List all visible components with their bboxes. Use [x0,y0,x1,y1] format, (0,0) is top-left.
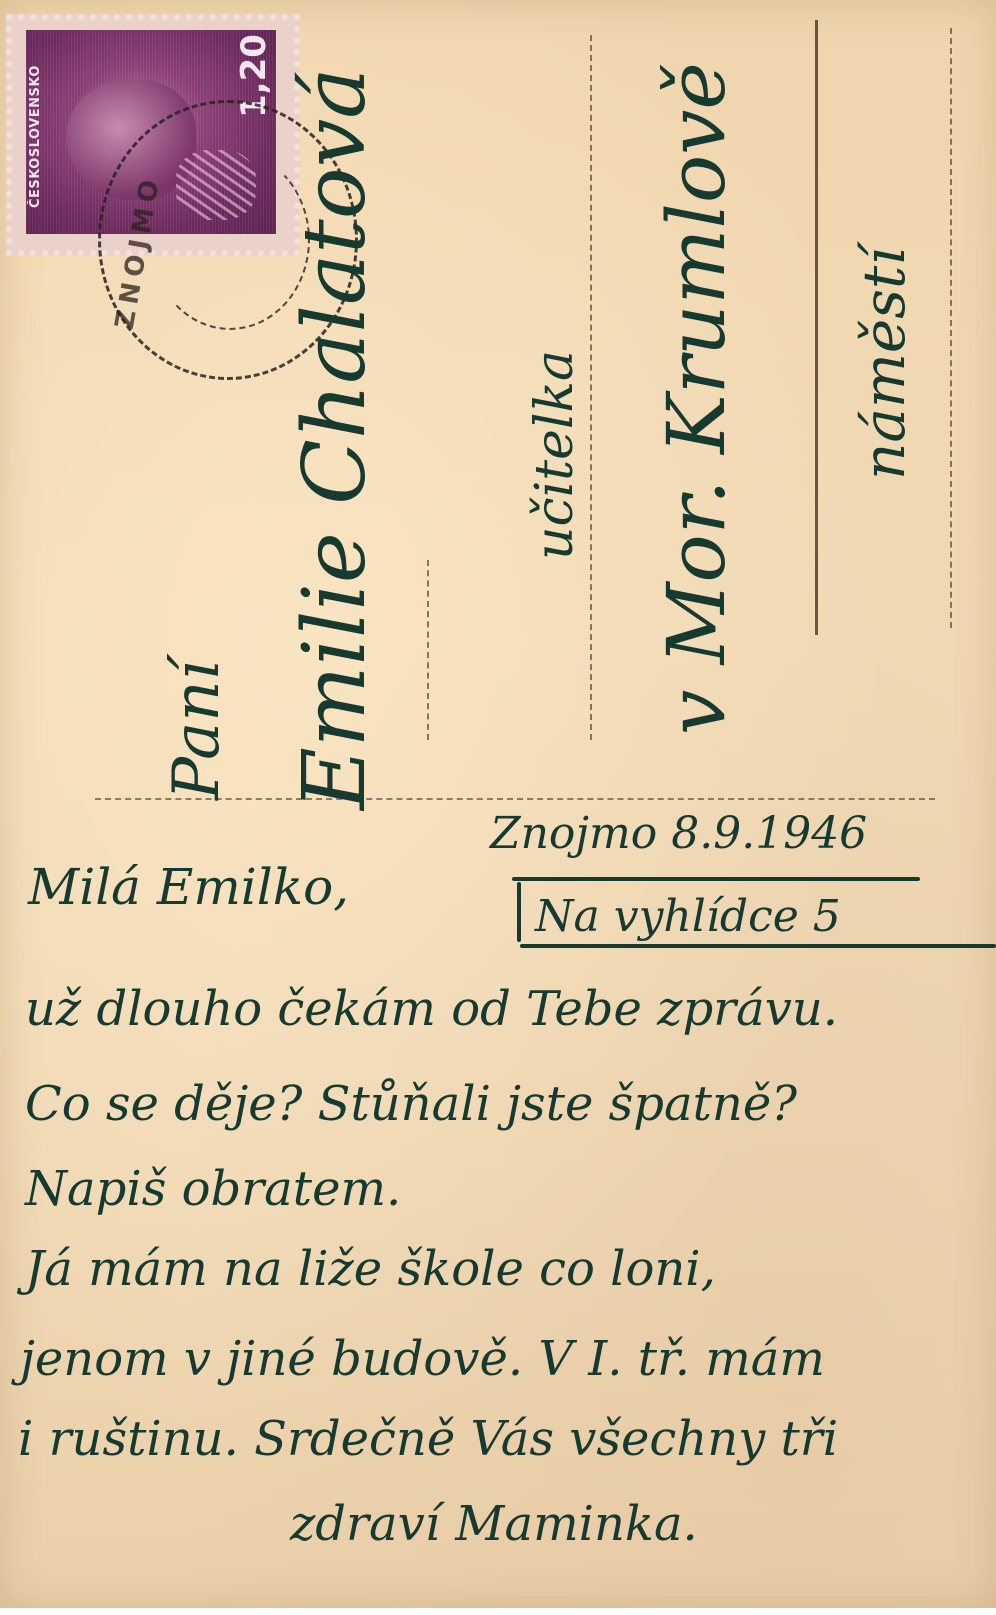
message-line-3: Napiš obratem. [25,1165,401,1213]
address-district: náměstí [850,247,918,480]
address-name: Emilie Chalatová [285,67,385,810]
address-occupation: učitelka [525,350,585,560]
address-salutation: Paní [160,660,234,800]
address-line-1 [427,560,429,740]
message-line-1: už dlouho čekám od Tebe zprávu. [25,985,838,1033]
underline-rule-2 [520,944,996,948]
message-line-6: i ruštinu. Srdečně Vás všechny tři [18,1415,838,1463]
greeting: Milá Emilko, [28,862,349,912]
postmark-text: ZNOJMO [110,198,280,352]
address-city: v Mor. Krumlově [650,62,743,735]
underline-rule [512,877,920,881]
closing-signature: zdraví Maminka. [290,1500,698,1548]
postcard-back: ČESKOSLOVENSKO 1,20 ZNOJMO Paní Emilie C… [0,0,996,1608]
message-line-5: jenom v jiné budově. V I. tř. mám [20,1335,825,1383]
address-line-3 [815,20,818,635]
address-line-2 [590,35,592,740]
message-line-4: Já mám na liže škole co loni, [25,1245,716,1293]
bracket-rule [517,882,521,942]
address-line-4 [950,28,952,628]
return-address: Na vyhlídce 5 [535,895,841,939]
stamp-country: ČESKOSLOVENSKO [28,42,50,232]
place-date: Znojmo 8.9.1946 [490,812,867,856]
message-line-2: Co se děje? Stůňali jste špatně? [25,1080,797,1128]
